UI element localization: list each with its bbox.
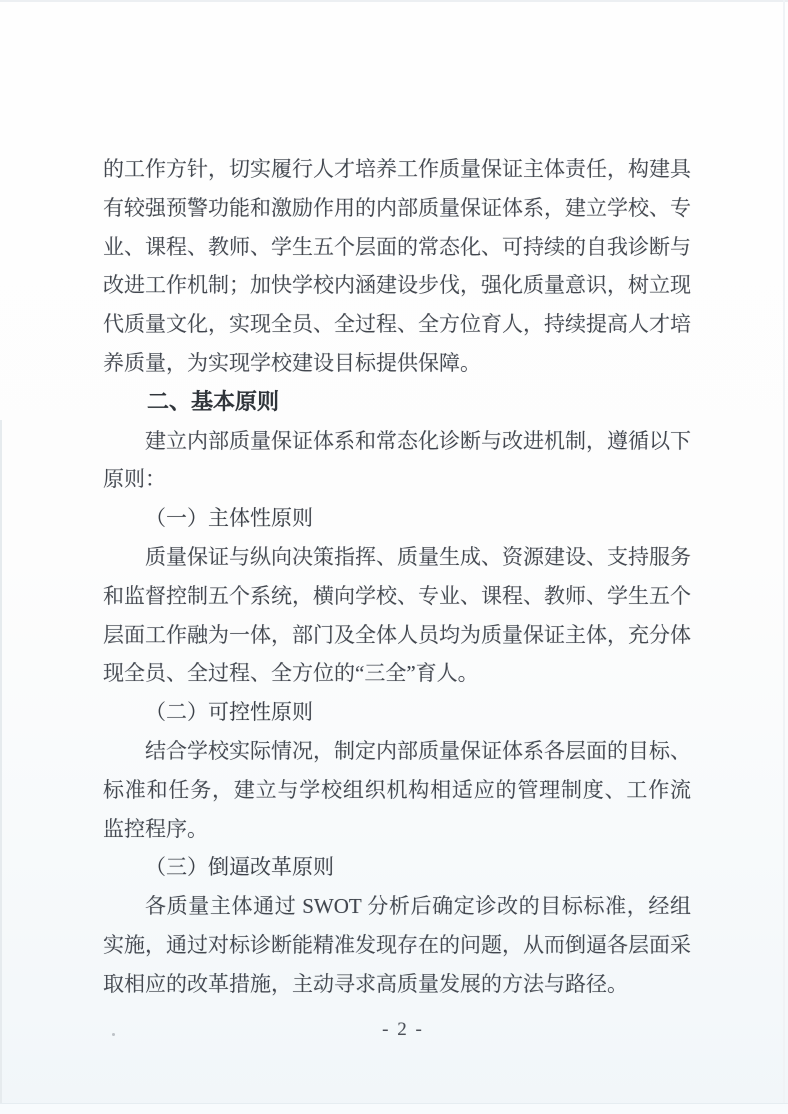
scan-edge-bottom bbox=[0, 1103, 788, 1114]
document-page: 的工作方针，切实履行人才培养工作质量保证主体责任，构建具 有较强预警功能和激励作… bbox=[0, 0, 788, 1114]
scan-edge-left bbox=[0, 420, 2, 1114]
document-body: 的工作方针，切实履行人才培养工作质量保证主体责任，构建具 有较强预警功能和激励作… bbox=[103, 150, 691, 1004]
text-line: 原则： bbox=[103, 460, 691, 499]
text-line: 有较强预警功能和激励作用的内部质量保证体系，建立学校、专 bbox=[103, 189, 691, 228]
text-line: 业、课程、教师、学生五个层面的常态化、可持续的自我诊断与 bbox=[103, 228, 691, 267]
text-line: 代质量文化，实现全员、全过程、全方位育人，持续提高人才培 bbox=[103, 305, 691, 344]
subsection-heading: （一）主体性原则 bbox=[103, 499, 691, 538]
text-line: 层面工作融为一体，部门及全体人员均为质量保证主体，充分体 bbox=[103, 616, 691, 655]
text-line: 现全员、全过程、全方位的“三全”育人。 bbox=[103, 654, 691, 693]
text-line: 质量保证与纵向决策指挥、质量生成、资源建设、支持服务 bbox=[103, 538, 691, 577]
scan-edge-top bbox=[0, 0, 788, 2]
page-footer: - 2 - bbox=[103, 1018, 703, 1042]
text-line: 实施，通过对标诊断能精准发现存在的问题，从而倒逼各层面采 bbox=[103, 926, 691, 965]
text-line: 建立内部质量保证体系和常态化诊断与改进机制，遵循以下 bbox=[103, 422, 691, 461]
text-line: 改进工作机制；加快学校内涵建设步伐，强化质量意识，树立现 bbox=[103, 266, 691, 305]
text-line: 标准和任务，建立与学校组织机构相适应的管理制度、工作流程、 bbox=[103, 771, 691, 810]
text-line: 各质量主体通过 SWOT 分析后确定诊改的目标标准，经组织 bbox=[103, 887, 691, 926]
text-line: 的工作方针，切实履行人才培养工作质量保证主体责任，构建具 bbox=[103, 150, 691, 189]
page-number: - 2 - bbox=[382, 1019, 424, 1040]
subsection-heading: （三）倒逼改革原则 bbox=[103, 848, 691, 887]
section-heading: 二、基本原则 bbox=[103, 383, 691, 422]
ink-speck bbox=[112, 1033, 115, 1036]
subsection-heading: （二）可控性原则 bbox=[103, 693, 691, 732]
text-line: 结合学校实际情况，制定内部质量保证体系各层面的目标、 bbox=[103, 732, 691, 771]
text-line: 监控程序。 bbox=[103, 810, 691, 849]
scan-edge-right bbox=[783, 0, 785, 1114]
text-line: 和监督控制五个系统，横向学校、专业、课程、教师、学生五个 bbox=[103, 577, 691, 616]
text-line: 养质量，为实现学校建设目标提供保障。 bbox=[103, 344, 691, 383]
text-line: 取相应的改革措施，主动寻求高质量发展的方法与路径。 bbox=[103, 965, 691, 1004]
